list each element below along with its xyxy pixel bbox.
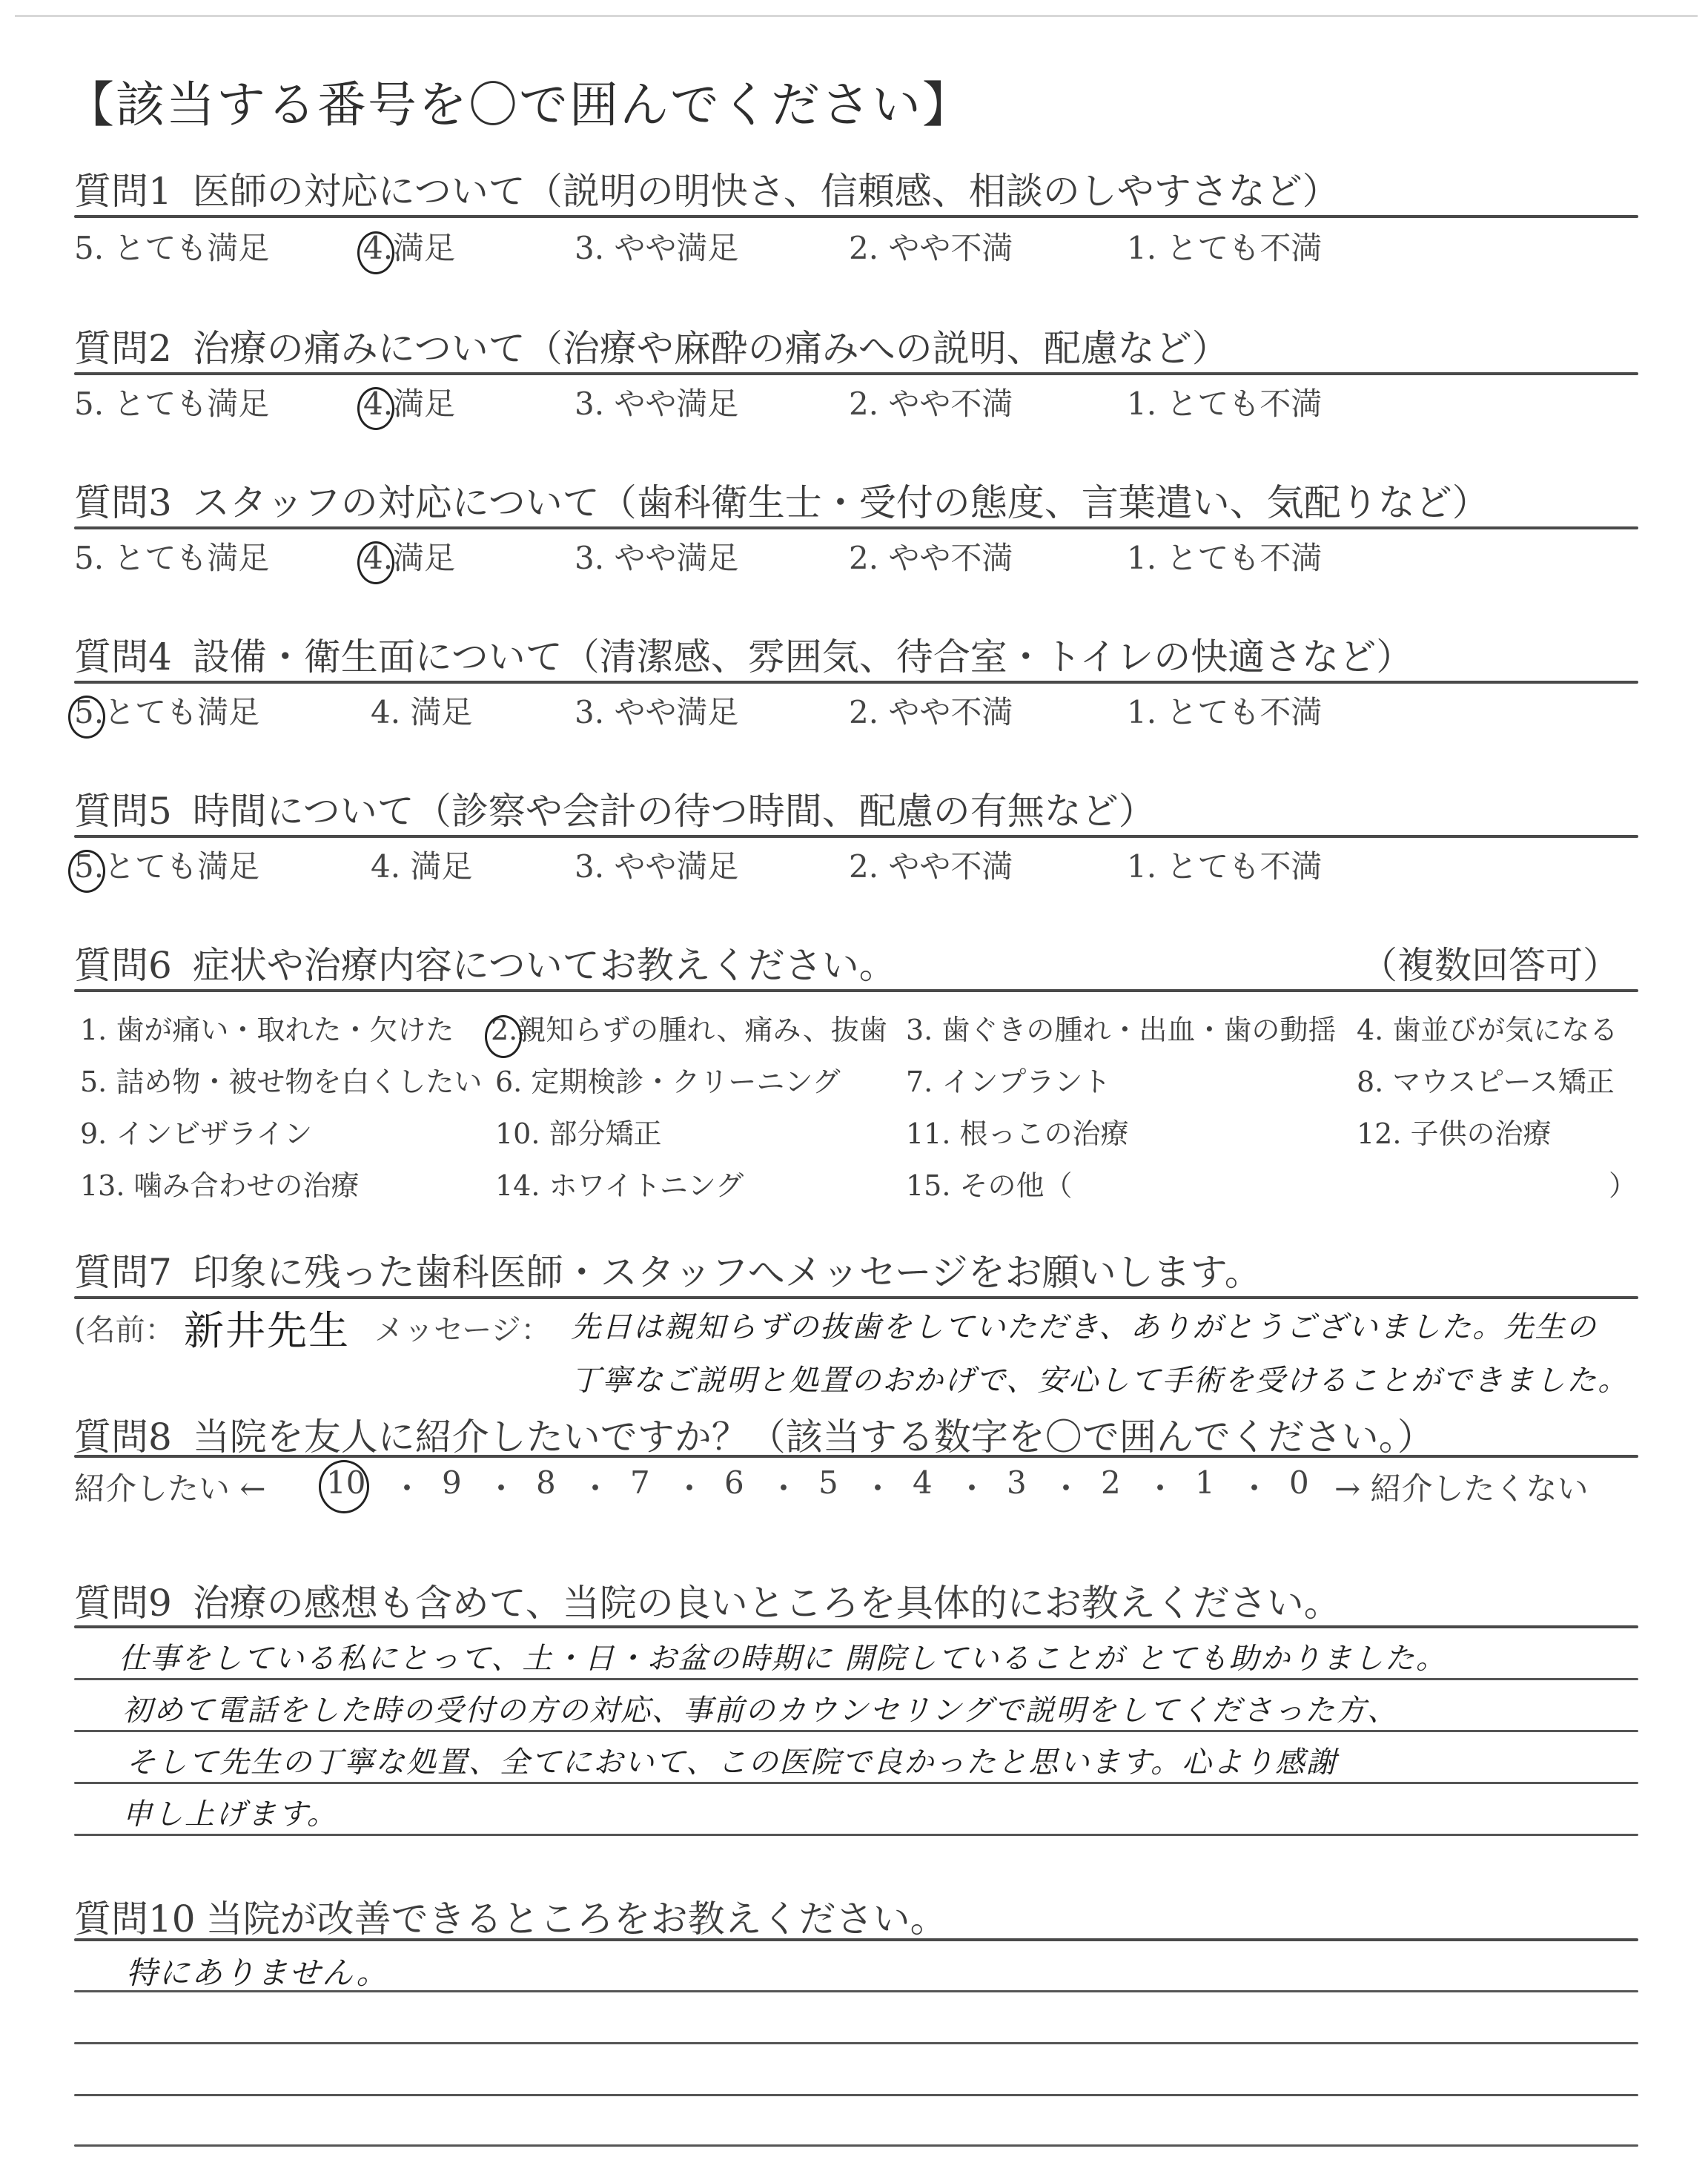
- scale-2[interactable]: 2: [1101, 1464, 1121, 1501]
- question-text: 当院が改善できるところをお教えください。: [206, 1898, 947, 1941]
- q1-option-5[interactable]: 5. とても満足: [74, 224, 269, 268]
- selection-circle-icon: 10: [326, 1464, 365, 1501]
- scale-10-selected[interactable]: 10: [326, 1464, 365, 1501]
- q3-option-2[interactable]: 2. やや不満: [849, 534, 1013, 578]
- q5-option-4[interactable]: 4. 満足: [371, 842, 472, 887]
- rule: [74, 372, 1638, 375]
- scale-sep: ・: [674, 1464, 705, 1509]
- question-8-heading: 質問8当院を友人に紹介したいですか？（該当する数字を〇で囲んでください。）: [74, 1407, 1434, 1461]
- question-7-heading: 質問7印象に残った歯科医師・スタッフへメッセージをお願いします。: [74, 1243, 1262, 1296]
- q1-option-3[interactable]: 3. やや満足: [575, 224, 738, 268]
- question-5-heading: 質問5時間について（診察や会計の待つ時間、配慮の有無など）: [74, 782, 1156, 835]
- page-title: 【該当する番号を〇で囲んでください】: [65, 65, 973, 136]
- q6-item-5[interactable]: 5. 詰め物・被せ物を白くしたい: [80, 1059, 482, 1100]
- q6-item-2-selected[interactable]: 2.親知らずの腫れ、痛み、抜歯: [491, 1007, 887, 1048]
- question-3-heading: 質問3スタッフの対応について（歯科衛生士・受付の態度、言葉遣い、気配りなど）: [74, 473, 1489, 526]
- rule: [74, 681, 1638, 684]
- q6-item-6[interactable]: 6. 定期検診・クリーニング: [495, 1059, 841, 1100]
- selection-circle-icon: 4.: [363, 540, 393, 576]
- writing-line: [74, 1990, 1638, 1992]
- q6-item-11[interactable]: 11. 根っこの治療: [906, 1111, 1129, 1152]
- q5-option-2[interactable]: 2. やや不満: [849, 842, 1013, 887]
- q9-answer-line-1[interactable]: 仕事をしている私にとって、土・日・お盆の時期に 開院していることが とても助かり…: [119, 1635, 1447, 1677]
- question-9-heading: 質問9治療の感想も含めて、当院の良いところを具体的にお教えください。: [74, 1573, 1341, 1627]
- writing-line: [74, 2144, 1638, 2147]
- q5-option-5-selected[interactable]: 5.とても満足: [74, 842, 259, 887]
- q1-option-4-selected[interactable]: 4.満足: [363, 224, 455, 268]
- q4-option-4[interactable]: 4. 満足: [371, 688, 472, 733]
- scale-sep: ・: [862, 1464, 893, 1509]
- q2-option-1[interactable]: 1. とても不満: [1127, 380, 1322, 424]
- q6-item-4[interactable]: 4. 歯並びが気になる: [1357, 1007, 1618, 1048]
- question-number: 質問8: [74, 1416, 172, 1459]
- q6-item-1[interactable]: 1. 歯が痛い・取れた・欠けた: [80, 1007, 454, 1048]
- message-line-1[interactable]: 先日は親知らずの抜歯をしていただき、ありがとうございました。先生の: [571, 1304, 1597, 1346]
- question-number: 質問1: [74, 170, 172, 213]
- question-number: 質問3: [74, 481, 172, 524]
- q9-answer-line-2[interactable]: 初めて電話をした時の受付の方の対応、事前のカウンセリングで説明をしてくださった方…: [122, 1687, 1398, 1729]
- scale-1[interactable]: 1: [1195, 1464, 1215, 1501]
- rule: [74, 989, 1638, 992]
- q9-answer-line-3[interactable]: そして先生の丁寧な処置、全てにおいて、この医院で良かったと思います。心より感謝: [126, 1739, 1337, 1781]
- scale-sep: ・: [1145, 1464, 1176, 1509]
- question-6-heading: 質問6症状や治療内容についてお教えください。: [74, 936, 896, 989]
- scale-sep: ・: [580, 1464, 611, 1509]
- q6-item-3[interactable]: 3. 歯ぐきの腫れ・出血・歯の動揺: [906, 1007, 1336, 1048]
- q4-option-1[interactable]: 1. とても不満: [1127, 688, 1322, 733]
- scale-9[interactable]: 9: [442, 1464, 462, 1501]
- q6-item-9[interactable]: 9. インビザライン: [80, 1111, 312, 1152]
- question-text: 治療の感想も含めて、当院の良いところを具体的にお教えください。: [193, 1582, 1341, 1625]
- q10-answer-line-1[interactable]: 特にありません。: [126, 1949, 389, 1993]
- question-text: スタッフの対応について（歯科衛生士・受付の態度、言葉遣い、気配りなど）: [193, 481, 1489, 524]
- top-border-line: [15, 15, 1698, 17]
- scale-7[interactable]: 7: [630, 1464, 650, 1501]
- selection-circle-icon: 4.: [363, 386, 393, 422]
- q4-option-3[interactable]: 3. やや満足: [575, 688, 738, 733]
- message-label: メッセージ：: [374, 1307, 551, 1349]
- writing-line: [74, 1834, 1638, 1836]
- question-text: 医師の対応について（説明の明快さ、信頼感、相談のしやすさなど）: [193, 170, 1340, 213]
- question-text: 症状や治療内容についてお教えください。: [193, 944, 896, 987]
- rule: [74, 1455, 1638, 1458]
- scale-5[interactable]: 5: [818, 1464, 838, 1501]
- scale-sep: ・: [391, 1464, 423, 1509]
- writing-line: [74, 1730, 1638, 1732]
- q1-option-1[interactable]: 1. とても不満: [1127, 224, 1322, 268]
- scale-sep: ・: [486, 1464, 517, 1509]
- selection-circle-icon: 2.: [491, 1014, 517, 1046]
- writing-line: [74, 2094, 1638, 2096]
- scale-0[interactable]: 0: [1289, 1464, 1309, 1501]
- question-number: 質問5: [74, 790, 172, 833]
- question-10-heading: 質問10当院が改善できるところをお教えください。: [74, 1889, 947, 1943]
- recommend-left-label: 紹介したい ←: [74, 1464, 266, 1509]
- name-label: (名前：: [74, 1307, 175, 1349]
- question-1-heading: 質問1医師の対応について（説明の明快さ、信頼感、相談のしやすさなど）: [74, 162, 1340, 215]
- selection-circle-icon: 4.: [363, 230, 393, 266]
- multiple-answers-note: （複数回答可）: [1360, 936, 1620, 989]
- q6-item-8[interactable]: 8. マウスピース矯正: [1357, 1059, 1615, 1100]
- question-number: 質問7: [74, 1251, 172, 1294]
- question-2-heading: 質問2治療の痛みについて（治療や麻酔の痛みへの説明、配慮など）: [74, 319, 1229, 372]
- question-4-heading: 質問4設備・衛生面について（清潔感、雰囲気、待合室・トイレの快適さなど）: [74, 627, 1413, 681]
- q6-item-7[interactable]: 7. インプラント: [906, 1059, 1110, 1100]
- q6-other-close-paren: ）: [1609, 1163, 1637, 1203]
- q5-option-3[interactable]: 3. やや満足: [575, 842, 738, 887]
- q2-option-2[interactable]: 2. やや不満: [849, 380, 1013, 424]
- message-line-2[interactable]: 丁寧なご説明と処置のおかげで、安心して手術を受けることができました。: [571, 1357, 1629, 1399]
- writing-line: [74, 1782, 1638, 1784]
- question-number: 質問6: [74, 944, 172, 987]
- q6-item-13[interactable]: 13. 噛み合わせの治療: [80, 1163, 360, 1203]
- scale-3[interactable]: 3: [1007, 1464, 1027, 1501]
- scale-sep: ・: [1239, 1464, 1270, 1509]
- name-value[interactable]: 新井先生: [184, 1299, 350, 1356]
- scale-4[interactable]: 4: [913, 1464, 933, 1501]
- question-text: 設備・衛生面について（清潔感、雰囲気、待合室・トイレの快適さなど）: [193, 635, 1414, 678]
- question-number: 質問9: [74, 1582, 172, 1625]
- question-number: 質問4: [74, 635, 172, 678]
- q6-item-15-other[interactable]: 15. その他（: [906, 1163, 1073, 1203]
- selection-circle-icon: 5.: [74, 694, 104, 730]
- rule: [74, 1938, 1638, 1941]
- scale-6[interactable]: 6: [724, 1464, 744, 1501]
- selection-circle-icon: 5.: [74, 848, 104, 885]
- recommend-right-label: → 紹介したくない: [1334, 1464, 1589, 1509]
- scale-8[interactable]: 8: [536, 1464, 556, 1501]
- rule: [74, 526, 1638, 529]
- writing-line: [74, 1678, 1638, 1680]
- q6-item-10[interactable]: 10. 部分矯正: [495, 1111, 662, 1152]
- writing-line: [74, 2042, 1638, 2044]
- question-number: 質問10: [74, 1898, 196, 1941]
- rule: [74, 215, 1638, 218]
- q6-item-14[interactable]: 14. ホワイトニング: [495, 1163, 744, 1203]
- question-text: 時間について（診察や会計の待つ時間、配慮の有無など）: [193, 790, 1156, 833]
- question-number: 質問2: [74, 327, 172, 370]
- q4-option-2[interactable]: 2. やや不満: [849, 688, 1013, 733]
- q3-option-5[interactable]: 5. とても満足: [74, 534, 269, 578]
- q3-option-1[interactable]: 1. とても不満: [1127, 534, 1322, 578]
- q9-answer-line-4[interactable]: 申し上げます。: [122, 1791, 338, 1833]
- q1-option-2[interactable]: 2. やや不満: [849, 224, 1013, 268]
- q6-item-12[interactable]: 12. 子供の治療: [1357, 1111, 1552, 1152]
- q2-option-3[interactable]: 3. やや満足: [575, 380, 738, 424]
- question-text: 当院を友人に紹介したいですか？（該当する数字を〇で囲んでください。）: [193, 1416, 1434, 1459]
- question-text: 治療の痛みについて（治療や麻酔の痛みへの説明、配慮など）: [193, 327, 1229, 370]
- scale-sep: ・: [768, 1464, 799, 1509]
- scale-sep: ・: [956, 1464, 987, 1509]
- q3-option-3[interactable]: 3. やや満足: [575, 534, 738, 578]
- q2-option-4-selected[interactable]: 4.満足: [363, 380, 455, 424]
- rule: [74, 1625, 1638, 1628]
- q3-option-4-selected[interactable]: 4.満足: [363, 534, 455, 578]
- q4-option-5-selected[interactable]: 5.とても満足: [74, 688, 259, 733]
- q5-option-1[interactable]: 1. とても不満: [1127, 842, 1322, 887]
- scale-sep: ・: [1050, 1464, 1082, 1509]
- rule: [74, 835, 1638, 838]
- q2-option-5[interactable]: 5. とても満足: [74, 380, 269, 424]
- question-text: 印象に残った歯科医師・スタッフへメッセージをお願いします。: [193, 1251, 1262, 1294]
